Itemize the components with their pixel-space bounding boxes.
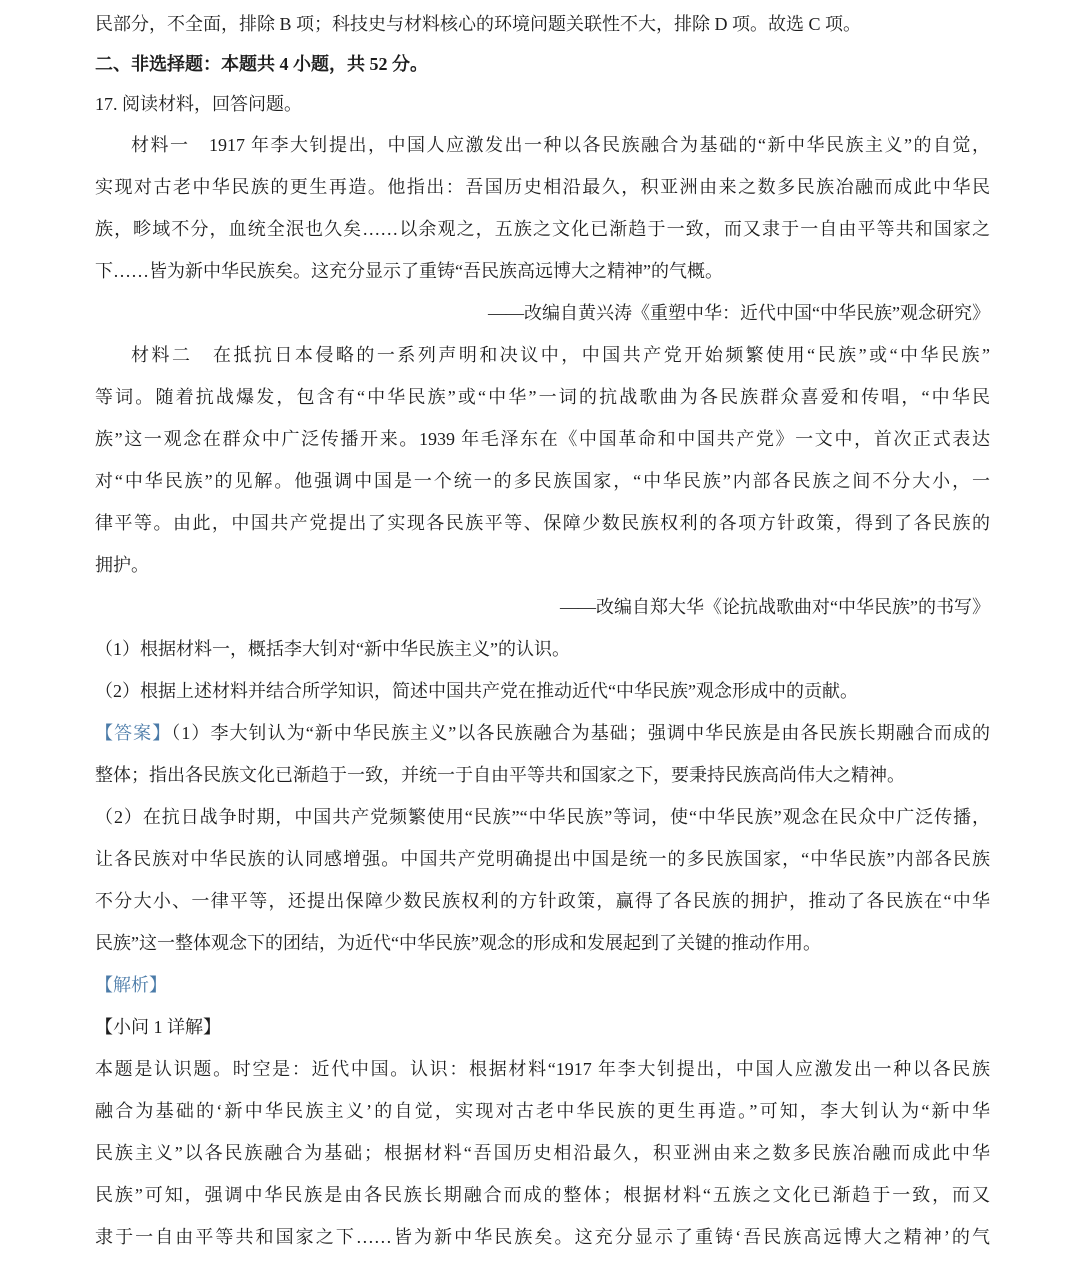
material-1-line: 材料一 1917 年李大钊提出，中国人应激发出一种以各民族融合为基础的“新中华民… <box>95 124 990 166</box>
answer-explanation-tail-line: 民部分，不全面，排除 B 项；科技史与材料核心的环境问题关联性不大，排除 D 项… <box>95 4 990 44</box>
answer-part-1-line: 【答案】（1）李大钊认为“新中华民族主义”以各民族融合为基础；强调中华民族是由各… <box>95 712 990 754</box>
material-1-line: 下……皆为新中华民族矣。这充分显示了重铸“吾民族高远博大之精神”的气概。 <box>95 250 990 292</box>
answer-part-1-text: （1）李大钊认为“新中华民族主义”以各民族融合为基础；强调中华民族是由各民族长期… <box>171 723 990 743</box>
analysis-detail-line: 本题是认识题。时空是：近代中国。认识：根据材料“1917 年李大钊提出，中国人应… <box>95 1048 990 1090</box>
answer-part-2-line: 不分大小、一律平等，还提出保障少数民族权利的方针政策，赢得了各民族的拥护，推动了… <box>95 880 990 922</box>
sub-question-1: （1）根据材料一，概括李大钊对“新中华民族主义”的认识。 <box>95 628 990 670</box>
analysis-detail-line: 隶于一自由平等共和国家之下……皆为新中华民族矣。这充分显示了重铸‘吾民族高远博大… <box>95 1216 990 1258</box>
analysis-label: 【解析】 <box>95 964 990 1006</box>
material-2-line: 律平等。由此，中国共产党提出了实现各民族平等、保障少数民族权利的各项方针政策，得… <box>95 502 990 544</box>
material-1-line: 族，畛域不分，血统全泯也久矣……以余观之，五族之文化已渐趋于一致，而又隶于一自由… <box>95 208 990 250</box>
answer-part-2-line: 民族”这一整体观念下的团结，为近代“中华民族”观念的形成和发展起到了关键的推动作… <box>95 922 990 964</box>
material-2-line: 材料二 在抵抗日本侵略的一系列声明和决议中，中国共产党开始频繁使用“民族”或“中… <box>95 334 990 376</box>
material-2-line: 等词。随着抗战爆发，包含有“中华民族”或“中华”一词的抗战歌曲为各民族群众喜爱和… <box>95 376 990 418</box>
answer-part-2-line: 让各民族对中华民族的认同感增强。中国共产党明确提出中国是统一的多民族国家，“中华… <box>95 838 990 880</box>
answer-part-1-line: 整体；指出各民族文化已渐趋于一致，并统一于自由平等共和国家之下，要秉持民族高尚伟… <box>95 754 990 796</box>
analysis-detail-line: 融合为基础的‘新中华民族主义’的自觉，实现对古老中华民族的更生再造。”可知，李大… <box>95 1090 990 1132</box>
attribution-2: ——改编自郑大华《论抗战歌曲对“中华民族”的书写》 <box>95 586 990 628</box>
document-page: 民部分，不全面，排除 B 项；科技史与材料核心的环境问题关联性不大，排除 D 项… <box>0 0 1080 1262</box>
analysis-detail-paragraph: 本题是认识题。时空是：近代中国。认识：根据材料“1917 年李大钊提出，中国人应… <box>95 1048 990 1258</box>
subquestion-1-detail-heading: 【小问 1 详解】 <box>95 1006 990 1048</box>
answer-part-2-paragraph: （2）在抗日战争时期，中国共产党频繁使用“民族”“中华民族”等词，使“中华民族”… <box>95 796 990 964</box>
material-2-line: 族”这一观念在群众中广泛传播开来。1939 年毛泽东在《中国革命和中国共产党》一… <box>95 418 990 460</box>
answer-part-2-line: （2）在抗日战争时期，中国共产党频繁使用“民族”“中华民族”等词，使“中华民族”… <box>95 796 990 838</box>
material-1-paragraph: 材料一 1917 年李大钊提出，中国人应激发出一种以各民族融合为基础的“新中华民… <box>95 124 990 292</box>
material-2-line: 拥护。 <box>95 544 990 586</box>
answer-part-1-paragraph: 【答案】（1）李大钊认为“新中华民族主义”以各民族融合为基础；强调中华民族是由各… <box>95 712 990 796</box>
attribution-1: ——改编自黄兴涛《重塑中华：近代中国“中华民族”观念研究》 <box>95 292 990 334</box>
answer-label: 【答案】 <box>95 723 171 743</box>
material-1-line: 实现对古老中华民族的更生再造。他指出：吾国历史相沿最久，积亚洲由来之数多民族冶融… <box>95 166 990 208</box>
material-2-line: 对“中华民族”的见解。他强调中国是一个统一的多民族国家，“中华民族”内部各民族之… <box>95 460 990 502</box>
analysis-detail-line: 民族主义”以各民族融合为基础；根据材料“吾国历史相沿最久，积亚洲由来之数多民族冶… <box>95 1132 990 1174</box>
sub-question-2: （2）根据上述材料并结合所学知识，简述中国共产党在推动近代“中华民族”观念形成中… <box>95 670 990 712</box>
material-2-paragraph: 材料二 在抵抗日本侵略的一系列声明和决议中，中国共产党开始频繁使用“民族”或“中… <box>95 334 990 586</box>
question-17-intro: 17. 阅读材料，回答问题。 <box>95 84 990 124</box>
section-heading: 二、非选择题：本题共 4 小题，共 52 分。 <box>95 44 990 84</box>
analysis-detail-line: 民族”可知，强调中华民族是由各民族长期融合而成的整体；根据材料“五族之文化已渐趋… <box>95 1174 990 1216</box>
